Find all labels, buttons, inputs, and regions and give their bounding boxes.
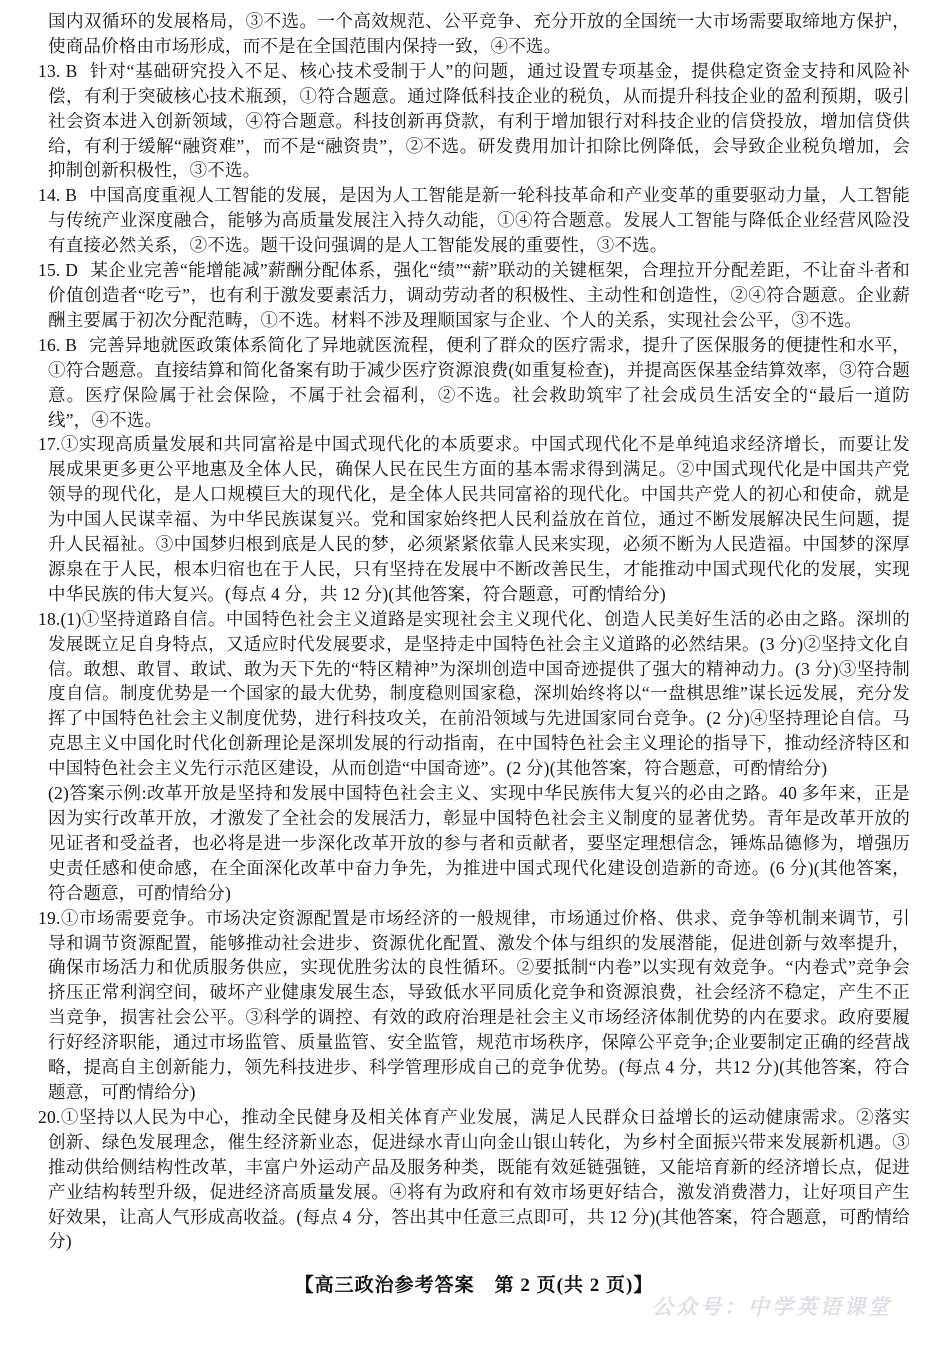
item-text: 中国高度重视人工智能的发展，是因为人工智能是新一轮科技革命和产业变革的重要驱动力…	[48, 185, 910, 255]
page-footer: 【高三政治参考答案 第 2 页(共 2 页)】	[38, 1270, 910, 1297]
answer-item-15: 15. D某企业完善“能增能减”薪酬分配体系，强化“绩”“薪”联动的关键框架，合…	[48, 258, 910, 333]
item-number: 16. B	[38, 335, 77, 355]
item-text: 针对“基础研究投入不足、核心技术受制于人”的问题，通过设置专项基金，提供稳定资金…	[48, 61, 910, 181]
item-text: ①实现高质量发展和共同富裕是中国式现代化的本质要求。中国式现代化不是单纯追求经济…	[48, 434, 910, 603]
answer-item-18: 18.(1)①坚持道路自信。中国特色社会主义道路是实现社会主义现代化、创造人民美…	[48, 607, 910, 781]
item-text: (1)①坚持道路自信。中国特色社会主义道路是实现社会主义现代化、创造人民美好生活…	[48, 609, 910, 778]
item-number: 13. B	[38, 61, 77, 81]
paragraph-text: 国内双循环的发展格局，③不选。一个高效规范、公平竞争、充分开放的全国统一大市场需…	[48, 11, 910, 56]
item-number: 18.	[38, 609, 60, 629]
item-number: 15. D	[38, 260, 78, 280]
answer-item-20: 20.①坚持以人民为中心，推动全民健身及相关体育产业发展，满足人民群众日益增长的…	[48, 1105, 910, 1254]
item-text: 完善异地就医政策体系简化了异地就医流程，便利了群众的医疗需求，提升了医保服务的便…	[48, 335, 910, 430]
item-number: 14. B	[38, 185, 77, 205]
answer-item-16: 16. B完善异地就医政策体系简化了异地就医流程，便利了群众的医疗需求，提升了医…	[48, 333, 910, 433]
item-number: 19.	[38, 908, 60, 928]
item-text: 某企业完善“能增能减”薪酬分配体系，强化“绩”“薪”联动的关键框架，合理拉开分配…	[48, 260, 910, 330]
paragraph-continuation: 国内双循环的发展格局，③不选。一个高效规范、公平竞争、充分开放的全国统一大市场需…	[48, 9, 910, 59]
answer-item-19: 19.①市场需要竞争。市场决定资源配置是市场经济的一般规律，市场通过价格、供求、…	[48, 906, 910, 1105]
answer-item-13: 13. B针对“基础研究投入不足、核心技术受制于人”的问题，通过设置专项基金，提…	[48, 59, 910, 184]
item-text: (2)答案示例:改革开放是坚持和发展中国特色社会主义、实现中华民族伟大复兴的必由…	[48, 783, 910, 903]
item-number: 20.	[38, 1107, 60, 1127]
item-text: ①坚持以人民为中心，推动全民健身及相关体育产业发展，满足人民群众日益增长的运动健…	[48, 1107, 910, 1252]
answer-sheet-page: 国内双循环的发展格局，③不选。一个高效规范、公平竞争、充分开放的全国统一大市场需…	[0, 0, 950, 1297]
answer-item-17: 17.①实现高质量发展和共同富裕是中国式现代化的本质要求。中国式现代化不是单纯追…	[48, 432, 910, 606]
item-number: 17.	[38, 434, 60, 454]
answer-item-14: 14. B中国高度重视人工智能的发展，是因为人工智能是新一轮科技革命和产业变革的…	[48, 183, 910, 258]
answer-item-18-part2: (2)答案示例:改革开放是坚持和发展中国特色社会主义、实现中华民族伟大复兴的必由…	[48, 781, 910, 906]
item-text: ①市场需要竞争。市场决定资源配置是市场经济的一般规律，市场通过价格、供求、竞争等…	[48, 908, 910, 1102]
